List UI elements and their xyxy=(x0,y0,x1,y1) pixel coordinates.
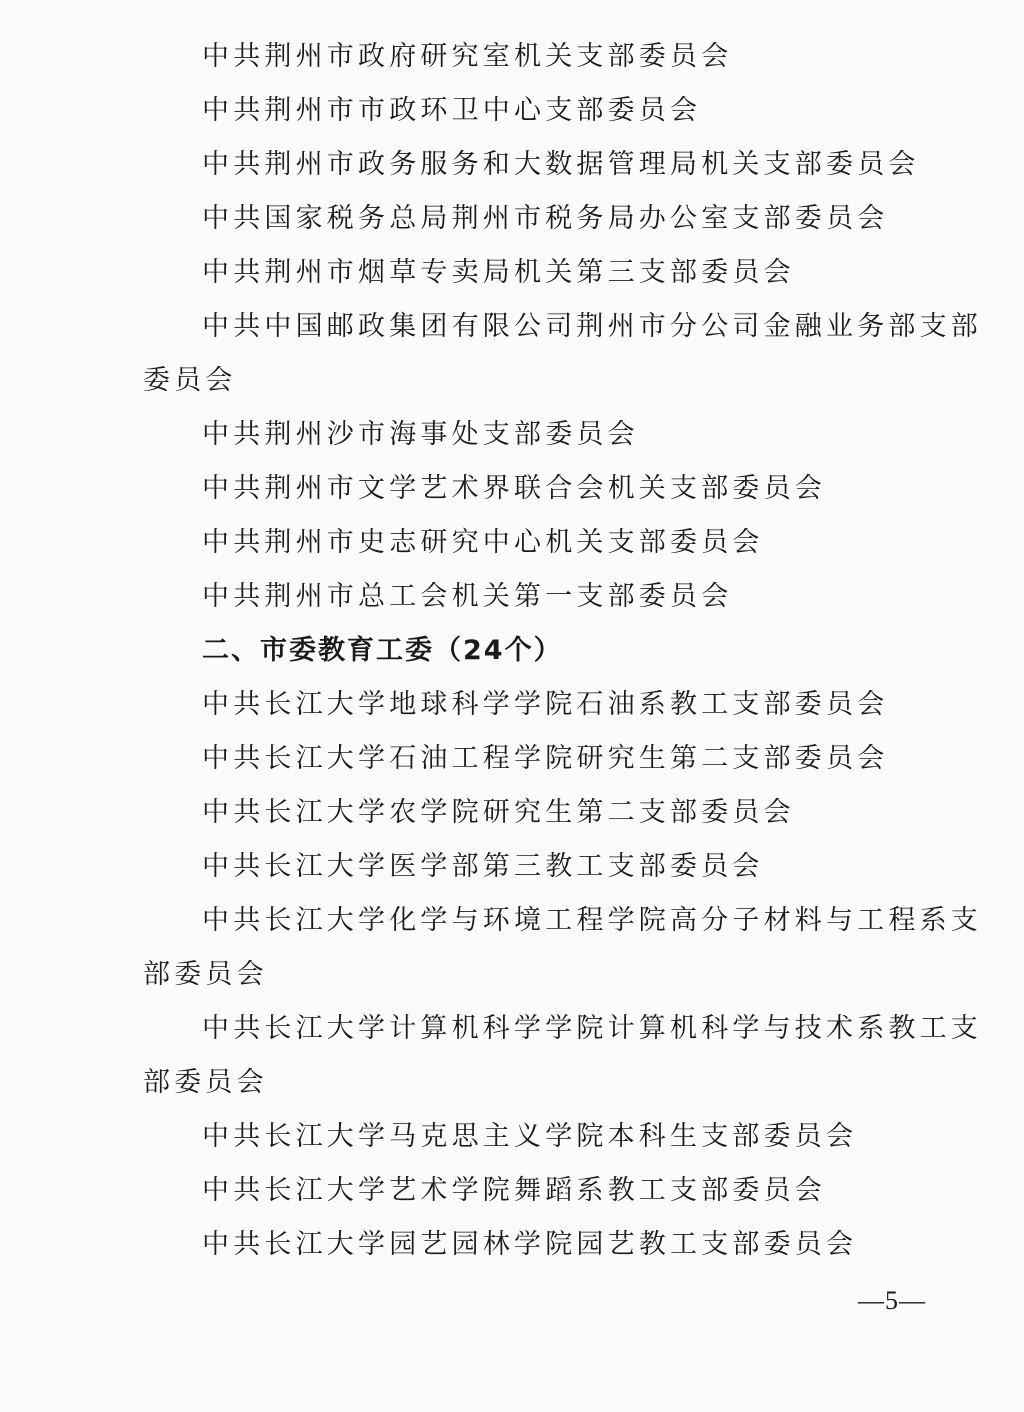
list-item-continuation: 部委员会 xyxy=(143,948,943,1002)
page-number: —5— xyxy=(858,1286,926,1316)
list-item: 中共长江大学石油工程学院研究生第二支部委员会 xyxy=(143,732,943,786)
list-item: 中共长江大学医学部第三教工支部委员会 xyxy=(143,840,943,894)
list-item-continuation: 部委员会 xyxy=(143,1056,943,1110)
list-item: 中共荆州市烟草专卖局机关第三支部委员会 xyxy=(143,246,943,300)
list-item: 中共长江大学化学与环境工程学院高分子材料与工程系支 xyxy=(143,894,943,948)
document-page: 中共荆州市政府研究室机关支部委员会 中共荆州市市政环卫中心支部委员会 中共荆州市… xyxy=(0,0,1024,1412)
list-item: 中共荆州沙市海事处支部委员会 xyxy=(143,408,943,462)
list-item: 中共长江大学马克思主义学院本科生支部委员会 xyxy=(143,1110,943,1164)
list-item: 中共荆州市政府研究室机关支部委员会 xyxy=(143,30,943,84)
list-item: 中共长江大学农学院研究生第二支部委员会 xyxy=(143,786,943,840)
list-item: 中共中国邮政集团有限公司荆州市分公司金融业务部支部 xyxy=(143,300,943,354)
list-item: 中共长江大学艺术学院舞蹈系教工支部委员会 xyxy=(143,1164,943,1218)
document-body: 中共荆州市政府研究室机关支部委员会 中共荆州市市政环卫中心支部委员会 中共荆州市… xyxy=(143,30,943,1272)
list-item: 中共国家税务总局荆州市税务局办公室支部委员会 xyxy=(143,192,943,246)
list-item: 中共荆州市史志研究中心机关支部委员会 xyxy=(143,516,943,570)
list-item: 中共荆州市政务服务和大数据管理局机关支部委员会 xyxy=(143,138,943,192)
list-item: 中共荆州市市政环卫中心支部委员会 xyxy=(143,84,943,138)
list-item-continuation: 委员会 xyxy=(143,354,943,408)
section-heading: 二、市委教育工委（24个） xyxy=(143,624,943,678)
list-item: 中共荆州市总工会机关第一支部委员会 xyxy=(143,570,943,624)
list-item: 中共长江大学计算机科学学院计算机科学与技术系教工支 xyxy=(143,1002,943,1056)
list-item: 中共长江大学地球科学学院石油系教工支部委员会 xyxy=(143,678,943,732)
list-item: 中共长江大学园艺园林学院园艺教工支部委员会 xyxy=(143,1218,943,1272)
list-item: 中共荆州市文学艺术界联合会机关支部委员会 xyxy=(143,462,943,516)
